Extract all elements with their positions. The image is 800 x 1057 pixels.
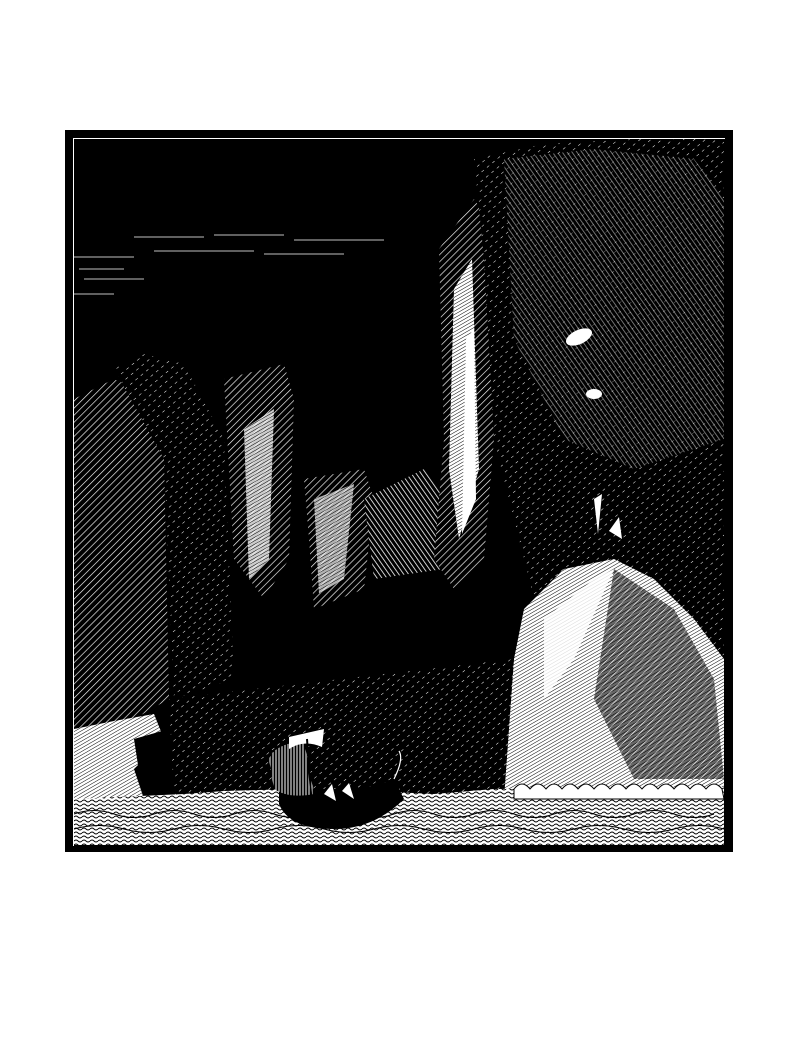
document-page — [0, 0, 800, 1057]
illustration-frame — [65, 130, 733, 852]
engraving-illustration — [74, 139, 724, 845]
engraving-artwork — [74, 139, 724, 845]
